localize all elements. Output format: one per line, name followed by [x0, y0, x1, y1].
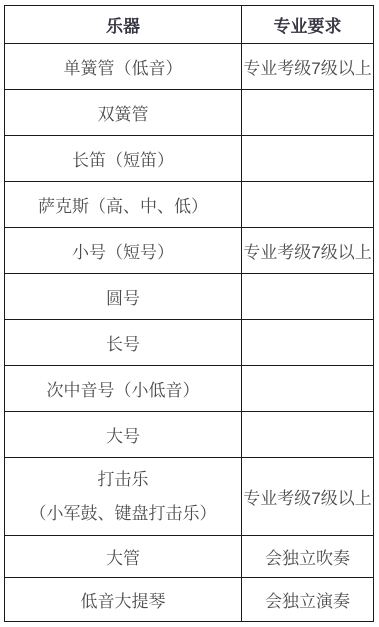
table-row: 低音大提琴 会独立演奏: [5, 578, 374, 622]
instrument-cell: 次中音号（小低音）: [5, 366, 242, 412]
instrument-cell: 大管: [5, 536, 242, 578]
instrument-cell: 大号: [5, 412, 242, 458]
table-row-percussion: 打击乐 （小军鼓、键盘打击乐） 专业考级7级以上: [5, 458, 374, 536]
requirement-cell: [242, 320, 374, 366]
requirement-cell: 专业考级7级以上: [242, 44, 374, 90]
table-row: 萨克斯（高、中、低）: [5, 182, 374, 228]
instrument-cell: 双簧管: [5, 90, 242, 136]
instrument-cell: 圆号: [5, 274, 242, 320]
table-row: 圆号: [5, 274, 374, 320]
requirement-cell: [242, 136, 374, 182]
table-row: 双簧管: [5, 90, 374, 136]
header-row: 乐器 专业要求: [5, 6, 374, 44]
requirement-cell: 专业考级7级以上: [242, 228, 374, 274]
col-header-instrument: 乐器: [5, 6, 242, 44]
instrument-cell: 长号: [5, 320, 242, 366]
instrument-cell: 小号（短号）: [5, 228, 242, 274]
table-row: 大号: [5, 412, 374, 458]
requirement-cell: 会独立吹奏: [242, 536, 374, 578]
page: 乐器 专业要求 单簧管（低音） 专业考级7级以上 双簧管 长笛（短笛） 萨克斯（…: [0, 0, 379, 627]
table-row: 大管 会独立吹奏: [5, 536, 374, 578]
table-row: 小号（短号） 专业考级7级以上: [5, 228, 374, 274]
requirement-cell: [242, 412, 374, 458]
requirement-cell: [242, 90, 374, 136]
requirement-cell: [242, 366, 374, 412]
instrument-line-1: 打击乐: [5, 463, 241, 497]
instrument-cell: 长笛（短笛）: [5, 136, 242, 182]
table-row: 长笛（短笛）: [5, 136, 374, 182]
instrument-cell: 低音大提琴: [5, 578, 242, 622]
table-row: 单簧管（低音） 专业考级7级以上: [5, 44, 374, 90]
instrument-line-2: （小军鼓、键盘打击乐）: [5, 497, 241, 531]
requirement-cell: [242, 274, 374, 320]
col-header-requirement: 专业要求: [242, 6, 374, 44]
table-row: 次中音号（小低音）: [5, 366, 374, 412]
requirement-cell: 会独立演奏: [242, 578, 374, 622]
instrument-requirements-table: 乐器 专业要求 单簧管（低音） 专业考级7级以上 双簧管 长笛（短笛） 萨克斯（…: [4, 5, 374, 622]
instrument-cell: 打击乐 （小军鼓、键盘打击乐）: [5, 458, 242, 536]
requirement-cell: [242, 182, 374, 228]
requirement-cell: 专业考级7级以上: [242, 458, 374, 536]
instrument-cell: 萨克斯（高、中、低）: [5, 182, 242, 228]
table-row: 长号: [5, 320, 374, 366]
instrument-cell: 单簧管（低音）: [5, 44, 242, 90]
